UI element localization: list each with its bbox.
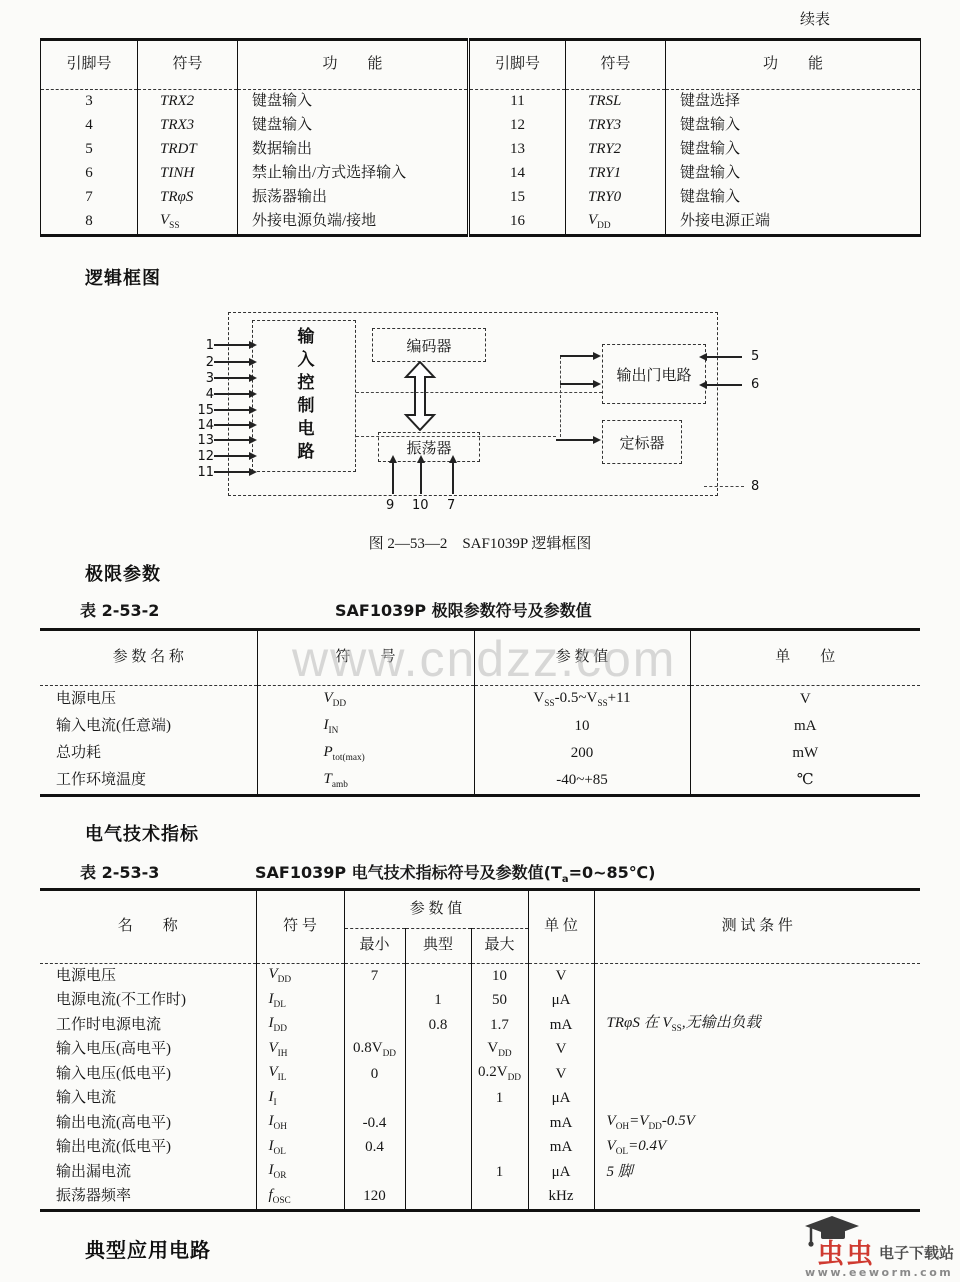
pin-symbol: TRY3 — [566, 114, 666, 138]
pin-symbol: TRX3 — [138, 114, 238, 138]
spec-max — [471, 1136, 528, 1161]
spec-typ: 0.8 — [405, 1013, 471, 1038]
spec-symbol: II — [256, 1087, 344, 1112]
spec-name: 输入电压(低电平) — [40, 1062, 256, 1087]
spec-unit: μA — [528, 1087, 594, 1112]
pin-label: 3 — [198, 371, 214, 386]
col-header-max: 最大 — [471, 929, 528, 964]
spec-name: 输入电流 — [40, 1087, 256, 1112]
spec-max: 0.2VDD — [471, 1062, 528, 1087]
pin-function: 键盘输入 — [238, 90, 469, 115]
limit-row: 工作环境温度 Tamb -40~+85 ℃ — [40, 767, 920, 796]
param-value: 200 — [474, 740, 690, 767]
elec-row: 输出电流(低电平) IOL 0.4 mA VOL=0.4V — [40, 1136, 920, 1161]
spec-max: 10 — [471, 964, 528, 989]
param-name: 总功耗 — [40, 740, 257, 767]
spec-symbol: IOH — [256, 1111, 344, 1136]
pin-number: 7 — [41, 186, 138, 210]
limit-table-title: SAF1039P 极限参数符号及参数值 — [335, 598, 592, 621]
pin-label: 12 — [192, 449, 214, 464]
pin-arrow — [214, 409, 250, 411]
spec-min — [344, 1160, 405, 1185]
pin-table-row: 7 TRφS 振荡器输出 15 TRY0 键盘输入 — [41, 186, 921, 210]
spec-min: 0 — [344, 1062, 405, 1087]
spec-name: 电源电压 — [40, 964, 256, 989]
spec-symbol: VDD — [256, 964, 344, 989]
diagram-outer-frame — [228, 312, 718, 496]
elec-table-title: SAF1039P 电气技术指标符号及参数值(Ta=0~85℃) — [255, 860, 656, 885]
col-header-pin: 引脚号 — [41, 40, 138, 90]
pin-label: 7 — [447, 498, 455, 513]
encoder-label: 编码器 — [373, 329, 485, 361]
spec-min — [344, 1013, 405, 1038]
pin-label: 6 — [751, 377, 759, 392]
spec-typ: 1 — [405, 989, 471, 1014]
datasheet-page: 续表 引脚号 符号 功 能 引脚号 符号 功 能 3 TRX2 键盘输入 11 … — [0, 0, 960, 1282]
col-header-value-group: 参 数 值 — [344, 890, 528, 929]
spec-name: 振荡器频率 — [40, 1185, 256, 1211]
pin-function: 键盘输入 — [666, 162, 921, 186]
pin-symbol: VSS — [138, 210, 238, 236]
pin-number: 4 — [41, 114, 138, 138]
limit-row: 输入电流(任意端) IIN 10 mA — [40, 713, 920, 740]
spec-condition — [594, 989, 920, 1014]
pin-function: 外接电源正端 — [666, 210, 921, 236]
elec-row: 输入电流 II 1 μA — [40, 1087, 920, 1112]
pin-number: 14 — [469, 162, 566, 186]
param-symbol: Ptot(max) — [257, 740, 474, 767]
pin-number: 16 — [469, 210, 566, 236]
pin-function-table: 引脚号 符号 功 能 引脚号 符号 功 能 3 TRX2 键盘输入 11 TRS… — [40, 38, 921, 237]
pin-arrow — [214, 361, 250, 363]
pin-function: 数据输出 — [238, 138, 469, 162]
spec-name: 输出电流(高电平) — [40, 1111, 256, 1136]
pin-function: 键盘选择 — [666, 90, 921, 115]
connector-line — [356, 392, 602, 393]
scaler-input-arrow — [556, 439, 594, 441]
pin-arrow — [214, 455, 250, 457]
col-header-pin: 引脚号 — [469, 40, 566, 90]
pin-table-row: 8 VSS 外接电源负端/接地 16 VDD 外接电源正端 — [41, 210, 921, 236]
pin-label: 13 — [192, 433, 214, 448]
col-header-func: 功 能 — [238, 40, 469, 90]
spec-typ — [405, 964, 471, 989]
spec-max — [471, 1111, 528, 1136]
site-logo: 虫虫 电子下载站 www.eeworm.com — [795, 1216, 957, 1278]
spec-name: 电源电流(不工作时) — [40, 989, 256, 1014]
spec-max: 50 — [471, 989, 528, 1014]
param-symbol: IIN — [257, 713, 474, 740]
spec-min — [344, 1087, 405, 1112]
output-gate-block: 输出门电路 — [602, 344, 706, 404]
col-header-func: 功 能 — [666, 40, 921, 90]
param-unit: mW — [690, 740, 920, 767]
pin-label: 5 — [751, 349, 759, 364]
col-header-symbol: 符号 — [138, 40, 238, 90]
pin-label: 11 — [192, 465, 214, 480]
scaler-block: 定标器 — [602, 420, 682, 464]
pin-arrow — [420, 462, 422, 494]
pin-label: 1 — [198, 338, 214, 353]
limit-parameters-table: 参 数 名 称 符 号 参 数 值 单 位 电源电压 VDD VSS-0.5~V… — [40, 628, 920, 797]
pin-arrow — [214, 377, 250, 379]
continued-table-label: 续表 — [800, 8, 830, 29]
pin-number: 11 — [469, 90, 566, 115]
spec-typ — [405, 1087, 471, 1112]
spec-condition — [594, 1185, 920, 1211]
spec-condition — [594, 1087, 920, 1112]
logo-site-text: 电子下载站 — [879, 1242, 954, 1263]
spec-condition — [594, 1038, 920, 1063]
elec-row: 输出电流(高电平) IOH -0.4 mA VOH=VDD-0.5V — [40, 1111, 920, 1136]
pin-number: 13 — [469, 138, 566, 162]
pin-arrow — [214, 439, 250, 441]
pin-symbol: TRDT — [138, 138, 238, 162]
spec-symbol: IOR — [256, 1160, 344, 1185]
col-header-conditions: 测 试 条 件 — [594, 890, 920, 964]
elec-row: 电源电压 VDD 7 10 V — [40, 964, 920, 989]
param-symbol: VDD — [257, 686, 474, 714]
spec-typ — [405, 1160, 471, 1185]
spec-unit: V — [528, 964, 594, 989]
param-value: 10 — [474, 713, 690, 740]
spec-unit: V — [528, 1038, 594, 1063]
pin-function: 键盘输入 — [238, 114, 469, 138]
spec-condition: TRφS 在 VSS,无输出负载 — [594, 1013, 920, 1038]
pin-arrow — [214, 344, 250, 346]
scaler-label: 定标器 — [603, 421, 681, 463]
logo-url-text: www.eeworm.com — [805, 1266, 953, 1279]
limit-header-row: 参 数 名 称 符 号 参 数 值 单 位 — [40, 630, 920, 686]
spec-min — [344, 989, 405, 1014]
elec-table-label: 表 2-53-3 — [80, 860, 159, 883]
spec-min: 120 — [344, 1185, 405, 1211]
pin-symbol: TINH — [138, 162, 238, 186]
param-name: 电源电压 — [40, 686, 257, 714]
connector-line — [356, 436, 556, 437]
spec-name: 工作时电源电流 — [40, 1013, 256, 1038]
spec-unit: V — [528, 1062, 594, 1087]
pin-label: 8 — [751, 479, 759, 494]
elec-row: 工作时电源电流 IDD 0.8 1.7 mA TRφS 在 VSS,无输出负载 — [40, 1013, 920, 1038]
input-control-block: 输入控制电路 — [252, 320, 356, 472]
spec-symbol: VIL — [256, 1062, 344, 1087]
spec-unit: mA — [528, 1111, 594, 1136]
gate-input-arrow — [560, 355, 594, 357]
elec-row: 输入电压(高电平) VIH 0.8VDD VDD V — [40, 1038, 920, 1063]
spec-min: -0.4 — [344, 1111, 405, 1136]
elec-row: 电源电流(不工作时) IDL 1 50 μA — [40, 989, 920, 1014]
pin-symbol: TRY2 — [566, 138, 666, 162]
spec-unit: μA — [528, 989, 594, 1014]
spec-unit: mA — [528, 1013, 594, 1038]
output-gate-label: 输出门电路 — [603, 345, 705, 403]
pin-number: 5 — [41, 138, 138, 162]
spec-condition — [594, 1062, 920, 1087]
spec-max — [471, 1185, 528, 1211]
spec-typ — [405, 1038, 471, 1063]
pin-number: 3 — [41, 90, 138, 115]
elec-header-row-1: 名 称 符 号 参 数 值 单 位 测 试 条 件 — [40, 890, 920, 929]
spec-condition: 5 脚 — [594, 1160, 920, 1185]
col-header-unit: 单 位 — [528, 890, 594, 964]
param-name: 工作环境温度 — [40, 767, 257, 796]
spec-symbol: IDD — [256, 1013, 344, 1038]
pin-number: 12 — [469, 114, 566, 138]
gate-input-arrow — [560, 383, 594, 385]
pin-function: 外接电源负端/接地 — [238, 210, 469, 236]
spec-max: 1 — [471, 1160, 528, 1185]
spec-typ — [405, 1136, 471, 1161]
param-value: VSS-0.5~VSS+11 — [474, 686, 690, 714]
col-header-name: 名 称 — [40, 890, 256, 964]
pin-table-row: 3 TRX2 键盘输入 11 TRSL 键盘选择 — [41, 90, 921, 115]
limit-table-label: 表 2-53-2 — [80, 598, 159, 621]
pin-symbol: TRφS — [138, 186, 238, 210]
pin-arrow — [214, 471, 250, 473]
param-unit: ℃ — [690, 767, 920, 796]
col-header-typ: 典型 — [405, 929, 471, 964]
spec-unit: kHz — [528, 1185, 594, 1211]
electrical-specs-table: 名 称 符 号 参 数 值 单 位 测 试 条 件 最小 典型 最大 电源电压 … — [40, 888, 920, 1212]
pin-label: 2 — [198, 355, 214, 370]
param-value: -40~+85 — [474, 767, 690, 796]
spec-unit: μA — [528, 1160, 594, 1185]
elec-row: 振荡器频率 fOSC 120 kHz — [40, 1185, 920, 1211]
pin-label: 15 — [192, 403, 214, 418]
encoder-block: 编码器 — [372, 328, 486, 362]
pin-number: 6 — [41, 162, 138, 186]
elec-row: 输入电压(低电平) VIL 0 0.2VDD V — [40, 1062, 920, 1087]
spec-condition: VOL=0.4V — [594, 1136, 920, 1161]
spec-min: 0.8VDD — [344, 1038, 405, 1063]
pin-number: 8 — [41, 210, 138, 236]
spec-name: 输出漏电流 — [40, 1160, 256, 1185]
col-header-min: 最小 — [344, 929, 405, 964]
pin-stub — [704, 486, 744, 487]
col-header-symbol: 符 号 — [256, 890, 344, 964]
param-symbol: Tamb — [257, 767, 474, 796]
pin-arrow — [392, 462, 394, 494]
spec-condition: VOH=VDD-0.5V — [594, 1111, 920, 1136]
spec-name: 输入电压(高电平) — [40, 1038, 256, 1063]
pin-arrow — [214, 424, 250, 426]
pin-label: 10 — [412, 498, 429, 513]
spec-max: 1.7 — [471, 1013, 528, 1038]
spec-symbol: IDL — [256, 989, 344, 1014]
pin-function: 键盘输入 — [666, 114, 921, 138]
param-name: 输入电流(任意端) — [40, 713, 257, 740]
oscillator-block: 振荡器 — [378, 432, 480, 462]
elec-row: 输出漏电流 IOR 1 μA 5 脚 — [40, 1160, 920, 1185]
section-heading-limits: 极限参数 — [85, 560, 161, 586]
pin-label: 4 — [198, 387, 214, 402]
pin-symbol: TRSL — [566, 90, 666, 115]
param-unit: mA — [690, 713, 920, 740]
figure-caption: 图 2—53—2 SAF1039P 逻辑框图 — [200, 532, 760, 553]
section-heading-electrical: 电气技术指标 — [85, 820, 199, 846]
spec-symbol: IOL — [256, 1136, 344, 1161]
pin-symbol: VDD — [566, 210, 666, 236]
col-header-value: 参 数 值 — [474, 630, 690, 686]
pin-symbol: TRY1 — [566, 162, 666, 186]
pin-arrow — [452, 462, 454, 494]
pin-table-row: 5 TRDT 数据输出 13 TRY2 键盘输入 — [41, 138, 921, 162]
section-heading-application: 典型应用电路 — [85, 1234, 211, 1263]
col-header-symbol: 符 号 — [257, 630, 474, 686]
param-unit: V — [690, 686, 920, 714]
pin-label: 9 — [386, 498, 394, 513]
limit-row: 电源电压 VDD VSS-0.5~VSS+11 V — [40, 686, 920, 714]
col-header-symbol: 符号 — [566, 40, 666, 90]
spec-symbol: fOSC — [256, 1185, 344, 1211]
spec-typ — [405, 1185, 471, 1211]
encoder-oscillator-arrow-icon — [400, 361, 440, 431]
pin-function: 禁止输出/方式选择输入 — [238, 162, 469, 186]
spec-symbol: VIH — [256, 1038, 344, 1063]
section-heading-logic-diagram: 逻辑框图 — [85, 264, 161, 290]
input-control-label: 输入控制电路 — [292, 327, 317, 465]
spec-condition — [594, 964, 920, 989]
pin-symbol: TRY0 — [566, 186, 666, 210]
pin-function: 键盘输入 — [666, 186, 921, 210]
limit-row: 总功耗 Ptot(max) 200 mW — [40, 740, 920, 767]
col-header-unit: 单 位 — [690, 630, 920, 686]
pin-table-header-row: 引脚号 符号 功 能 引脚号 符号 功 能 — [41, 40, 921, 90]
spec-name: 输出电流(低电平) — [40, 1136, 256, 1161]
spec-max: 1 — [471, 1087, 528, 1112]
pin-table-row: 6 TINH 禁止输出/方式选择输入 14 TRY1 键盘输入 — [41, 162, 921, 186]
spec-typ — [405, 1111, 471, 1136]
col-header-param-name: 参 数 名 称 — [40, 630, 257, 686]
spec-unit: mA — [528, 1136, 594, 1161]
spec-max: VDD — [471, 1038, 528, 1063]
spec-min: 7 — [344, 964, 405, 989]
pin-function: 键盘输入 — [666, 138, 921, 162]
pin-table-row: 4 TRX3 键盘输入 12 TRY3 键盘输入 — [41, 114, 921, 138]
pin-arrow — [706, 356, 742, 358]
spec-min: 0.4 — [344, 1136, 405, 1161]
pin-arrow — [214, 393, 250, 395]
pin-arrow — [706, 384, 742, 386]
pin-function: 振荡器输出 — [238, 186, 469, 210]
oscillator-label: 振荡器 — [379, 433, 479, 461]
pin-label: 14 — [192, 418, 214, 433]
connector-line — [560, 356, 561, 437]
pin-number: 15 — [469, 186, 566, 210]
spec-typ — [405, 1062, 471, 1087]
pin-symbol: TRX2 — [138, 90, 238, 115]
